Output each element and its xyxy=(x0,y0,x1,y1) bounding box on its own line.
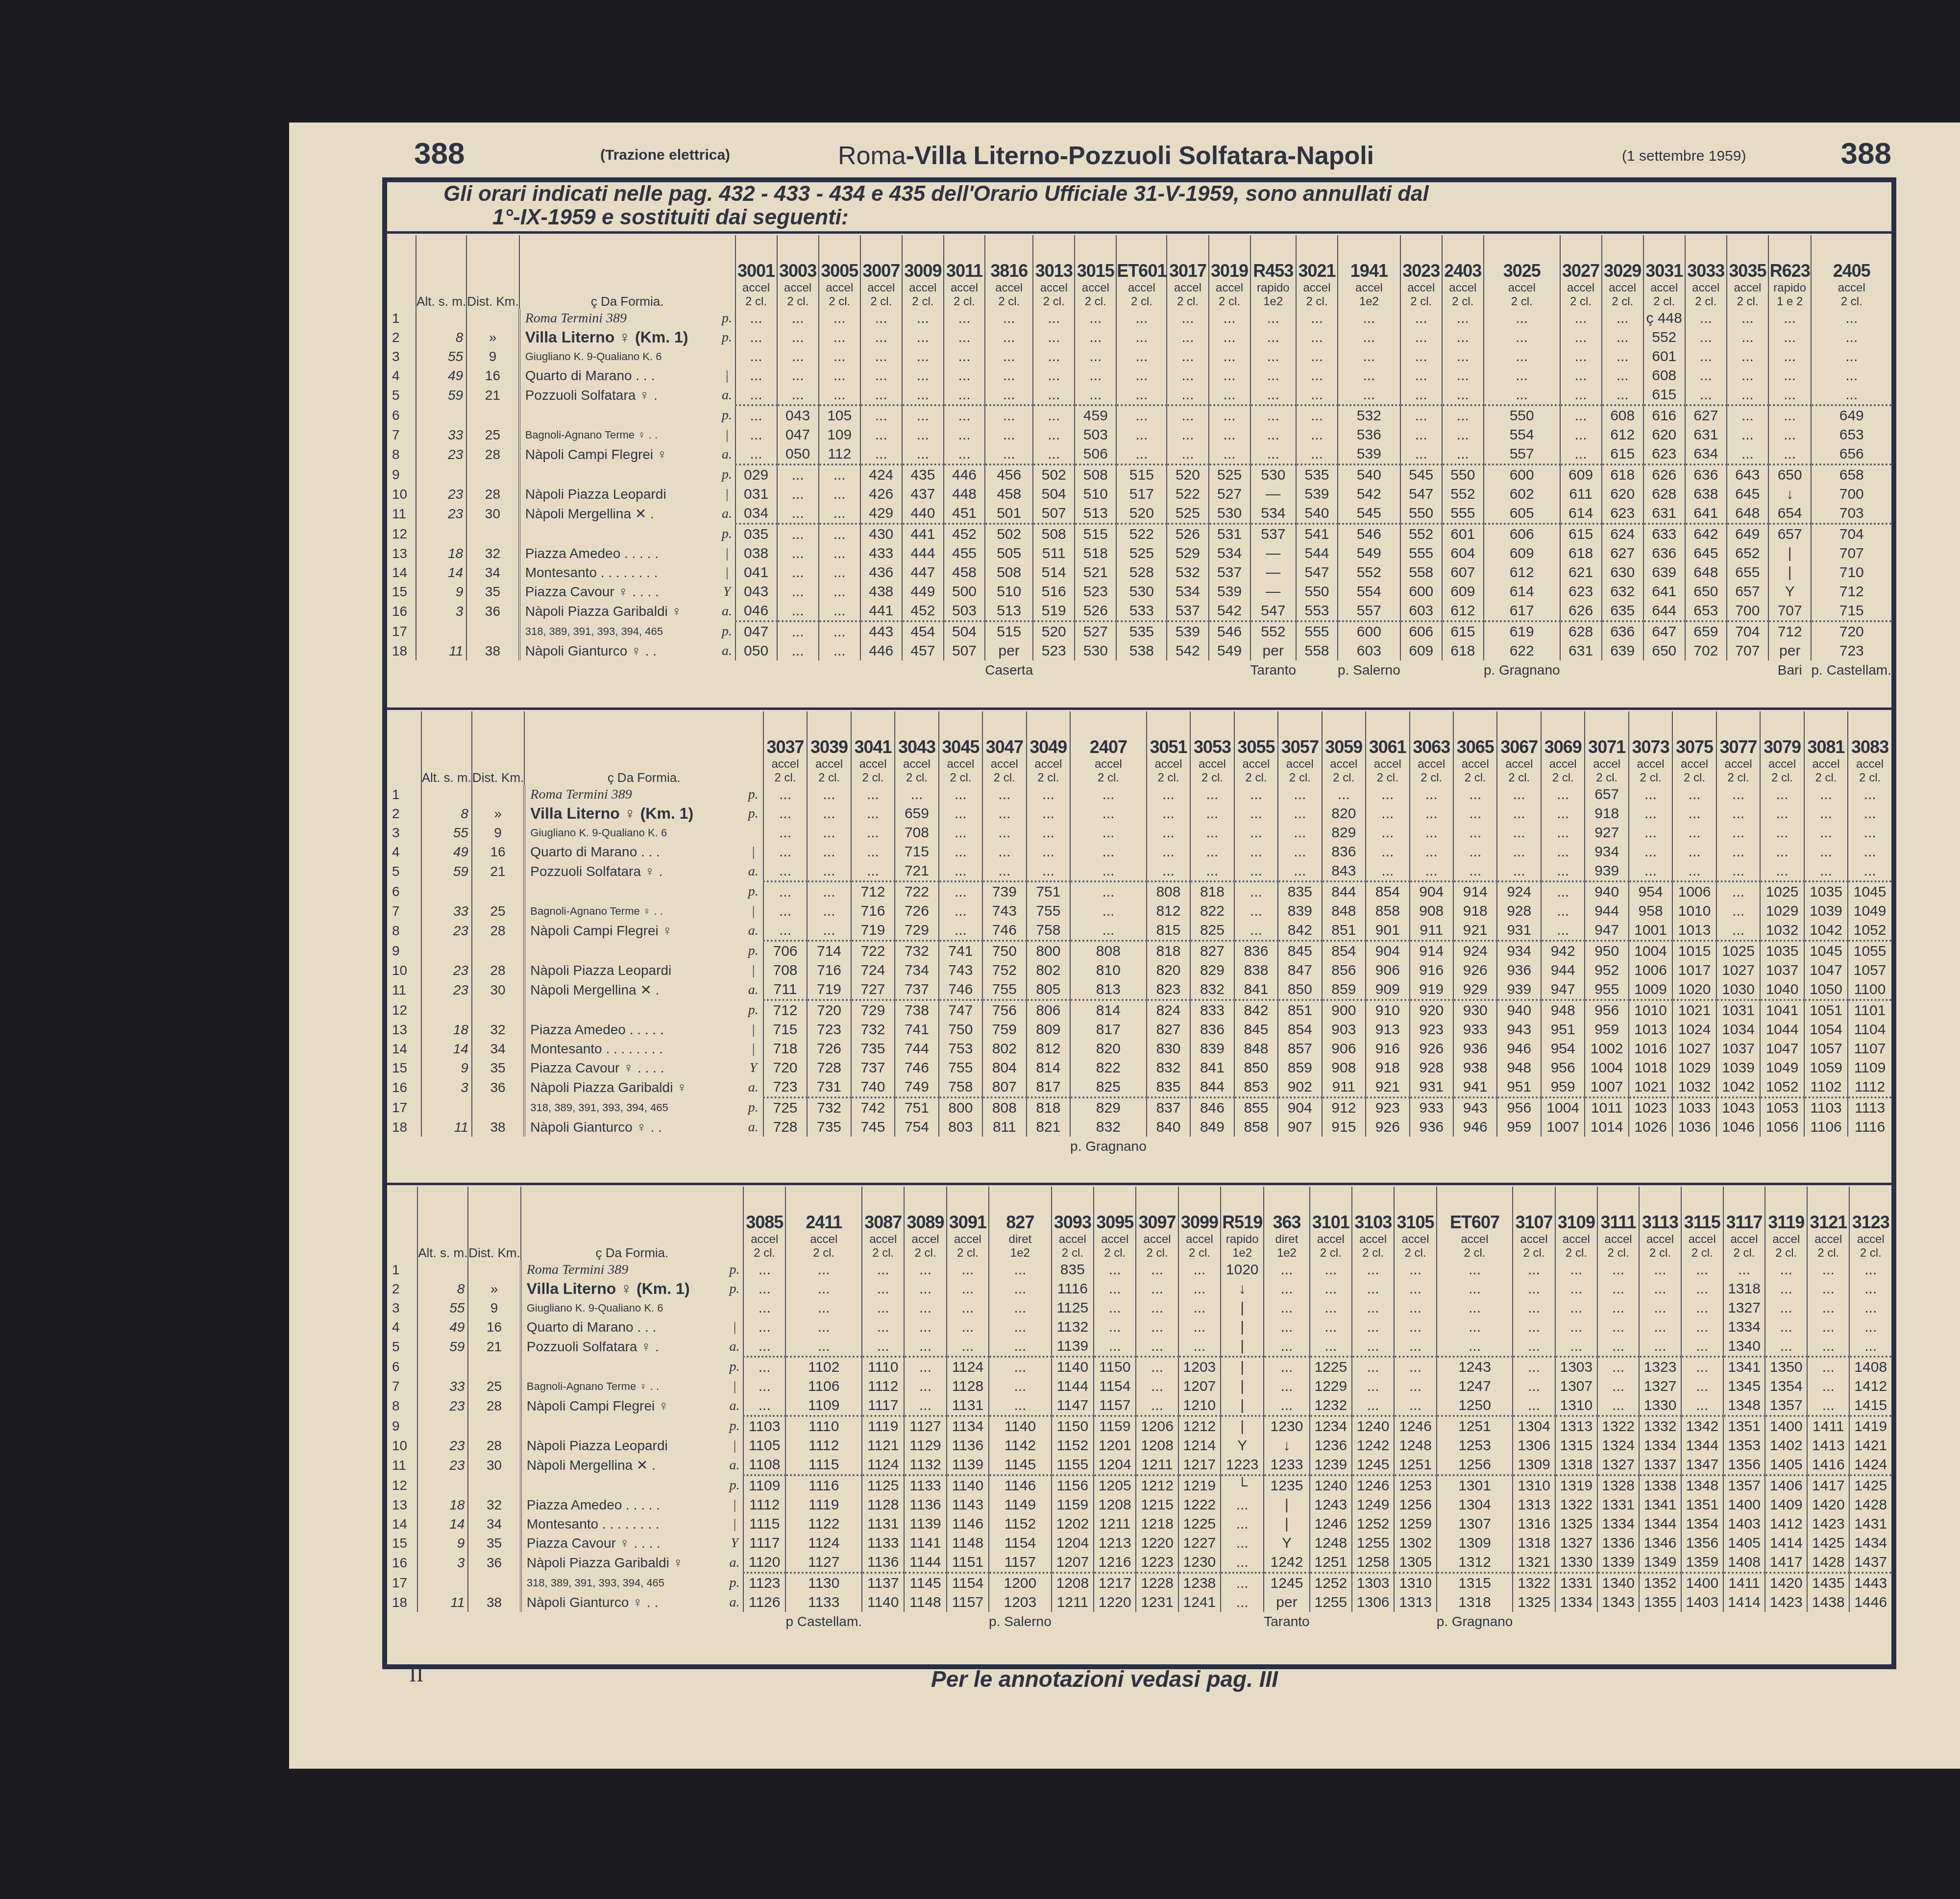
time-cell: 550 xyxy=(1296,582,1338,601)
time-cell: ... xyxy=(1221,1495,1264,1514)
time-cell: 1318 xyxy=(1555,1455,1597,1475)
destination-cell xyxy=(1541,1137,1585,1156)
time-cell: 035 xyxy=(735,524,777,544)
time-cell: ... xyxy=(1849,1279,1891,1298)
time-cell: 1137 xyxy=(862,1573,904,1593)
arrival-departure-marker: p. xyxy=(726,1416,743,1436)
timetable-row: 16336Nàpoli Piazza Garibaldi ♀a.046.....… xyxy=(387,601,1891,621)
train-number: ET601 xyxy=(1117,261,1166,281)
time-cell: ... xyxy=(1278,785,1322,804)
time-cell: 1229 xyxy=(1310,1377,1352,1396)
destination-cell xyxy=(982,1137,1026,1156)
time-cell: 909 xyxy=(1366,980,1409,1000)
time-cell: ... xyxy=(947,1279,989,1298)
destination-cell xyxy=(860,660,902,680)
time-cell: ... xyxy=(1681,1279,1723,1298)
time-cell: 525 xyxy=(1209,464,1250,485)
destination-cell xyxy=(1643,660,1685,680)
time-cell: ... xyxy=(1453,861,1497,881)
time-cell: 903 xyxy=(1322,1020,1366,1039)
station-altitude: 9 xyxy=(416,582,466,601)
time-cell: ... xyxy=(1400,425,1442,444)
time-cell: 850 xyxy=(1234,1058,1278,1077)
time-cell: ... xyxy=(1116,425,1167,444)
time-cell: 522 xyxy=(1167,485,1208,504)
time-cell: ... xyxy=(904,1377,946,1396)
station-name xyxy=(521,1416,726,1436)
timetable-row: 131832Piazza Amedeo . . . . .|7157237327… xyxy=(387,1020,1891,1039)
timetable-table: Alt. s. m.Dist. Km.ç Da Formia.3037accel… xyxy=(387,711,1891,1156)
train-class: 2 cl. xyxy=(1812,295,1891,309)
row-number: 10 xyxy=(387,961,421,980)
time-cell: 546 xyxy=(1209,621,1250,641)
time-cell: 1310 xyxy=(1513,1475,1555,1495)
time-cell: — xyxy=(1250,582,1296,601)
timetable-row: 16336Nàpoli Piazza Garibaldi ♀a.72373174… xyxy=(387,1077,1891,1097)
time-cell: ... xyxy=(902,385,944,405)
time-cell: 1223 xyxy=(1221,1455,1264,1475)
time-cell: 1013 xyxy=(1629,1020,1672,1039)
time-cell: 1255 xyxy=(1310,1593,1352,1612)
station-altitude: 33 xyxy=(421,901,472,921)
time-cell: 1130 xyxy=(785,1573,862,1593)
time-cell: ... xyxy=(785,1298,862,1317)
train-column-header: 363diret1e2 xyxy=(1264,1187,1309,1260)
time-cell: 1011 xyxy=(1585,1097,1628,1118)
time-cell: 912 xyxy=(1322,1097,1366,1118)
timetable-row: 141434Montesanto . . . . . . . .|1115112… xyxy=(387,1514,1891,1534)
station-name: Quarto di Marano . . . xyxy=(521,1317,726,1337)
time-cell: 927 xyxy=(1585,823,1628,842)
time-cell: ... xyxy=(1310,1260,1352,1279)
train-column-header: 827diret1e2 xyxy=(989,1187,1052,1260)
station-name: Nàpoli Gianturco ♀ . . xyxy=(524,1118,743,1137)
time-cell: 808 xyxy=(1070,941,1147,961)
time-cell: 842 xyxy=(1234,1000,1278,1020)
train-type: accel xyxy=(1585,757,1628,771)
time-cell: 900 xyxy=(1322,1000,1366,1020)
train-number: 3121 xyxy=(1810,1212,1847,1232)
train-class: 2 cl. xyxy=(1117,295,1166,309)
time-cell: 612 xyxy=(1484,563,1560,582)
station-distance: 34 xyxy=(468,1514,520,1534)
time-cell: 519 xyxy=(1033,601,1075,621)
time-cell: | xyxy=(1221,1337,1264,1357)
time-cell: ... xyxy=(1250,347,1296,366)
time-cell: ... xyxy=(1400,444,1442,464)
row-number: 11 xyxy=(387,504,416,524)
time-cell: 510 xyxy=(985,582,1033,601)
time-cell: 1218 xyxy=(1136,1514,1178,1534)
time-cell: ... xyxy=(944,405,985,425)
time-cell: 1341 xyxy=(1723,1357,1765,1377)
time-cell: 942 xyxy=(1541,941,1585,961)
time-cell: ... xyxy=(1555,1298,1597,1317)
time-cell: 1307 xyxy=(1437,1514,1513,1534)
station-name: Quarto di Marano . . . xyxy=(519,366,719,385)
station-altitude: 55 xyxy=(417,1298,468,1317)
train-column-header: 3105accel2 cl. xyxy=(1394,1187,1436,1260)
train-type: accel xyxy=(1443,281,1483,295)
time-cell: 502 xyxy=(1033,464,1075,485)
time-cell: 1051 xyxy=(1804,1000,1848,1020)
time-cell: 1139 xyxy=(904,1514,946,1534)
time-cell: ... xyxy=(1849,1337,1891,1357)
time-cell: 528 xyxy=(1116,563,1167,582)
time-cell: 1321 xyxy=(1513,1553,1555,1573)
time-cell: ... xyxy=(1541,861,1585,881)
time-cell: ... xyxy=(1338,309,1400,328)
train-number: 3045 xyxy=(942,737,979,757)
station-altitude: 33 xyxy=(417,1377,468,1396)
time-cell: 645 xyxy=(1727,485,1768,504)
time-cell: 1303 xyxy=(1352,1573,1394,1593)
timetable-row: 55921Pozzuoli Solfatara ♀ .a..........72… xyxy=(387,861,1891,881)
destination-cell xyxy=(902,660,944,680)
time-cell: ... xyxy=(902,366,944,385)
time-cell: 729 xyxy=(895,921,938,941)
time-cell: ... xyxy=(1560,366,1602,385)
train-type: accel xyxy=(1513,1233,1554,1246)
time-cell: 1116 xyxy=(1052,1279,1094,1298)
time-cell: 656 xyxy=(1811,444,1891,464)
timetable-row: 102328Nàpoli Piazza Leopardi|70871672473… xyxy=(387,961,1891,980)
time-cell: 655 xyxy=(1727,563,1768,582)
train-column-header: 3055accel2 cl. xyxy=(1234,711,1278,785)
train-class: 2 cl. xyxy=(1209,295,1250,309)
time-cell: ... xyxy=(1352,1279,1394,1298)
train-number: 3027 xyxy=(1562,261,1599,281)
destination-spacer xyxy=(387,1137,763,1156)
time-cell: ... xyxy=(1672,785,1716,804)
destination-cell xyxy=(1352,1612,1394,1631)
time-cell: 659 xyxy=(895,804,938,823)
destination-cell xyxy=(1136,1612,1178,1631)
time-cell: ... xyxy=(1296,385,1338,405)
train-header-row: Alt. s. m.Dist. Km.ç Da Formia.3085accel… xyxy=(387,1187,1891,1260)
time-cell: ... xyxy=(1716,881,1760,901)
time-cell: ... xyxy=(1296,309,1338,328)
destination-cell xyxy=(1807,1612,1849,1631)
time-cell: 457 xyxy=(902,641,944,660)
station-altitude: 3 xyxy=(421,1077,472,1097)
train-class: 2 cl. xyxy=(1297,295,1337,309)
time-cell: ... xyxy=(1484,347,1560,366)
destination-cell: p. Gragnano xyxy=(1484,660,1560,680)
time-cell: 1106 xyxy=(1804,1118,1848,1137)
time-cell: 1102 xyxy=(1804,1077,1848,1097)
train-type: accel xyxy=(1179,1233,1220,1246)
time-cell: 1327 xyxy=(1555,1534,1597,1553)
time-cell: ↓ xyxy=(1768,485,1812,504)
station-distance xyxy=(466,464,519,485)
row-number: 2 xyxy=(387,1279,417,1298)
time-cell: 1240 xyxy=(1310,1475,1352,1495)
train-type: accel xyxy=(947,1233,988,1246)
destination-cell xyxy=(1075,660,1116,680)
time-cell: 747 xyxy=(939,1000,982,1020)
arrival-departure-marker: | xyxy=(726,1514,743,1534)
time-cell: 050 xyxy=(735,641,777,660)
train-class: 1e2 xyxy=(1338,295,1400,309)
time-cell: 504 xyxy=(944,621,985,641)
time-cell: 438 xyxy=(860,582,902,601)
time-cell: 1251 xyxy=(1437,1416,1513,1436)
destination-cell xyxy=(777,660,819,680)
arrival-departure-marker: a. xyxy=(726,1553,743,1573)
time-cell: ... xyxy=(1234,823,1278,842)
row-number: 16 xyxy=(387,1077,421,1097)
time-cell: 802 xyxy=(982,1039,1026,1058)
timetable-row: 6p....11021110...1124...11401150...1203|… xyxy=(387,1357,1891,1377)
time-cell: ... xyxy=(1629,785,1672,804)
route-title: Roma-Villa Literno-Pozzuoli Solfatara-Na… xyxy=(838,141,1374,170)
time-cell: 715 xyxy=(1811,601,1891,621)
time-cell: 1217 xyxy=(1094,1573,1136,1593)
time-cell: 1112 xyxy=(1848,1077,1891,1097)
time-cell: 1154 xyxy=(1094,1377,1136,1396)
time-cell: ... xyxy=(1807,1279,1849,1298)
time-cell: ... xyxy=(904,1337,946,1357)
time-cell: 1123 xyxy=(743,1573,785,1593)
time-cell: ... xyxy=(1727,347,1768,366)
time-cell: ... xyxy=(1768,425,1812,444)
time-cell: ... xyxy=(1296,366,1338,385)
time-cell: 507 xyxy=(944,641,985,660)
time-cell: 047 xyxy=(735,621,777,641)
train-column-header: R623rapido1 e 2 xyxy=(1768,235,1812,309)
time-cell: ... xyxy=(1400,309,1442,328)
time-cell: ... xyxy=(743,1317,785,1337)
time-cell: ... xyxy=(1442,347,1484,366)
time-cell: 1109 xyxy=(743,1475,785,1495)
time-cell: 702 xyxy=(1685,641,1727,660)
time-cell: 648 xyxy=(1727,504,1768,524)
time-cell: 1246 xyxy=(1394,1416,1436,1436)
time-cell: 1348 xyxy=(1723,1396,1765,1416)
time-cell: 839 xyxy=(1278,901,1322,921)
train-class: 2 cl. xyxy=(1727,295,1768,309)
time-cell: ... xyxy=(982,842,1026,861)
time-cell: 429 xyxy=(860,504,902,524)
time-cell: 1208 xyxy=(1052,1573,1094,1593)
distance-header: Dist. Km. xyxy=(472,711,524,785)
time-cell: 458 xyxy=(944,563,985,582)
time-cell: ... xyxy=(1136,1279,1178,1298)
time-cell: 1408 xyxy=(1849,1357,1891,1377)
time-cell: 855 xyxy=(1234,1097,1278,1118)
time-cell: 515 xyxy=(985,621,1033,641)
time-cell: 1332 xyxy=(1639,1416,1681,1436)
time-cell: 710 xyxy=(1811,563,1891,582)
time-cell: ... xyxy=(1410,823,1453,842)
time-cell: 1145 xyxy=(904,1573,946,1593)
time-cell: 456 xyxy=(985,464,1033,485)
time-cell: 1001 xyxy=(1629,921,1672,941)
station-name: Piazza Cavour ♀ . . . . xyxy=(521,1534,726,1553)
time-cell: 1031 xyxy=(1716,1000,1760,1020)
time-cell: 644 xyxy=(1643,601,1685,621)
station-altitude: 23 xyxy=(421,961,472,980)
arrival-departure-marker: a. xyxy=(719,601,735,621)
station-altitude xyxy=(416,621,466,641)
station-distance: 16 xyxy=(466,366,519,385)
station-altitude xyxy=(416,524,466,544)
station-name: Giugliano K. 9-Qualiano K. 6 xyxy=(521,1298,726,1317)
time-cell: ... xyxy=(1681,1357,1723,1377)
time-cell: 639 xyxy=(1643,563,1685,582)
time-cell: 732 xyxy=(895,941,938,961)
time-cell: ... xyxy=(1394,1396,1436,1416)
destination-cell xyxy=(1027,1137,1070,1156)
station-header: ç Da Formia. xyxy=(519,235,735,309)
row-number: 7 xyxy=(387,1377,417,1396)
timetable-row: 102328Nàpoli Piazza Leopardi|031......42… xyxy=(387,485,1891,504)
time-cell: ... xyxy=(1453,842,1497,861)
train-class: 2 cl. xyxy=(861,295,902,309)
train-column-header: 3033accel2 cl. xyxy=(1685,235,1727,309)
time-cell: 944 xyxy=(1585,901,1628,921)
row-number: 10 xyxy=(387,1436,417,1455)
time-cell: ... xyxy=(1639,1317,1681,1337)
time-cell: ... xyxy=(1629,823,1672,842)
time-cell: ... xyxy=(1070,823,1147,842)
station-altitude xyxy=(417,1475,468,1495)
time-cell: ... xyxy=(777,485,819,504)
train-column-header: 3041accel2 cl. xyxy=(851,711,895,785)
time-cell: ... xyxy=(1178,1317,1221,1337)
time-cell: ... xyxy=(860,385,902,405)
time-cell: ... xyxy=(1116,444,1167,464)
station-distance: 34 xyxy=(472,1039,524,1058)
time-cell: ... xyxy=(1410,842,1453,861)
train-type: accel xyxy=(1437,1233,1513,1246)
timetable-row: 181138Nàpoli Gianturco ♀ . .a.1126113311… xyxy=(387,1593,1891,1612)
train-class: 2 cl. xyxy=(1136,1246,1177,1260)
time-cell: 1047 xyxy=(1760,1039,1804,1058)
train-column-header: R453rapido1e2 xyxy=(1250,235,1296,309)
station-name xyxy=(519,524,719,544)
time-cell: 636 xyxy=(1602,621,1643,641)
time-cell: 601 xyxy=(1442,524,1484,544)
time-cell: 1032 xyxy=(1672,1077,1716,1097)
timetable-row: 15935Piazza Cavour ♀ . . . .Y11171124113… xyxy=(387,1534,1891,1553)
time-cell: ... xyxy=(1250,328,1296,347)
time-cell: 1328 xyxy=(1597,1475,1639,1495)
time-cell: ... xyxy=(1136,1396,1178,1416)
time-cell: | xyxy=(1221,1396,1264,1416)
train-type: accel xyxy=(895,757,938,771)
time-cell: ... xyxy=(1400,328,1442,347)
time-cell: 1423 xyxy=(1765,1593,1807,1612)
time-cell: 923 xyxy=(1366,1097,1409,1118)
time-cell: ... xyxy=(1167,309,1208,328)
station-altitude: 14 xyxy=(417,1514,468,1534)
time-cell: 542 xyxy=(1209,601,1250,621)
destination-cell xyxy=(1804,1137,1848,1156)
time-cell: 738 xyxy=(895,1000,938,1020)
train-type: accel xyxy=(1556,1233,1597,1246)
time-cell: ... xyxy=(860,425,902,444)
time-cell: ... xyxy=(1639,1337,1681,1357)
time-cell: 858 xyxy=(1234,1118,1278,1137)
train-class: 2 cl. xyxy=(1167,295,1208,309)
train-type: accel xyxy=(1401,281,1442,295)
time-cell: ... xyxy=(1597,1279,1639,1298)
time-cell: 1024 xyxy=(1672,1020,1716,1039)
train-column-header: 3007accel2 cl. xyxy=(860,235,902,309)
row-number: 5 xyxy=(387,385,416,405)
time-cell: 043 xyxy=(777,405,819,425)
time-cell: 1110 xyxy=(862,1357,904,1377)
time-cell: 924 xyxy=(1497,881,1541,901)
time-cell: ... xyxy=(1541,881,1585,901)
train-type: accel xyxy=(1117,281,1166,295)
time-cell: 1420 xyxy=(1765,1573,1807,1593)
time-cell: 1106 xyxy=(785,1377,862,1396)
train-number: 3083 xyxy=(1851,737,1888,757)
time-cell: 1252 xyxy=(1352,1514,1394,1534)
time-cell: 858 xyxy=(1366,901,1409,921)
train-number: 3089 xyxy=(907,1212,944,1232)
time-cell: 1331 xyxy=(1597,1495,1639,1514)
train-number: 3059 xyxy=(1325,737,1362,757)
time-cell: 731 xyxy=(807,1077,851,1097)
time-cell: ... xyxy=(1352,1396,1394,1416)
train-column-header: 3101accel2 cl. xyxy=(1310,1187,1352,1260)
train-number: 3109 xyxy=(1558,1212,1595,1232)
time-cell: 820 xyxy=(1322,804,1366,823)
time-cell: 539 xyxy=(1167,621,1208,641)
train-type: accel xyxy=(1410,757,1453,771)
arrival-departure-marker: a. xyxy=(719,444,735,464)
row-number: 8 xyxy=(387,444,416,464)
time-cell: 1415 xyxy=(1849,1396,1891,1416)
time-cell: 825 xyxy=(1070,1077,1147,1097)
train-column-header: 3019accel2 cl. xyxy=(1209,235,1250,309)
station-distance: » xyxy=(468,1279,520,1298)
station-name: Roma Termini 389 xyxy=(521,1260,726,1279)
time-cell: 545 xyxy=(1400,464,1442,485)
timetable-frame: Gli orari indicati nelle pag. 432 - 433 … xyxy=(382,177,1896,1669)
time-cell: 926 xyxy=(1453,961,1497,980)
time-cell: 1346 xyxy=(1639,1534,1681,1553)
station-name: Bagnoli-Agnano Terme ♀ . . xyxy=(521,1377,726,1396)
arrival-departure-marker: a. xyxy=(719,641,735,660)
destination-cell xyxy=(1602,660,1643,680)
station-altitude: 3 xyxy=(417,1553,468,1573)
time-cell: ... xyxy=(1453,823,1497,842)
time-cell: 1023 xyxy=(1629,1097,1672,1118)
time-cell: ... xyxy=(1804,842,1848,861)
time-cell: ... xyxy=(985,347,1033,366)
time-cell: 1127 xyxy=(785,1553,862,1573)
time-cell: 1057 xyxy=(1804,1039,1848,1058)
time-cell: ... xyxy=(777,621,819,641)
time-cell: ... xyxy=(1027,823,1070,842)
time-cell: ... xyxy=(989,1298,1052,1317)
time-cell: 818 xyxy=(1190,881,1234,901)
station-name: Bagnoli-Agnano Terme ♀ . . xyxy=(524,901,743,921)
time-cell: 658 xyxy=(1811,464,1891,485)
time-cell: ... xyxy=(1484,366,1560,385)
time-cell: ... xyxy=(1136,1337,1178,1357)
time-cell: 1325 xyxy=(1513,1593,1555,1612)
time-cell: 523 xyxy=(1075,582,1116,601)
destination-cell xyxy=(1848,1137,1891,1156)
time-cell: 920 xyxy=(1410,1000,1453,1020)
time-cell: ... xyxy=(1629,804,1672,823)
